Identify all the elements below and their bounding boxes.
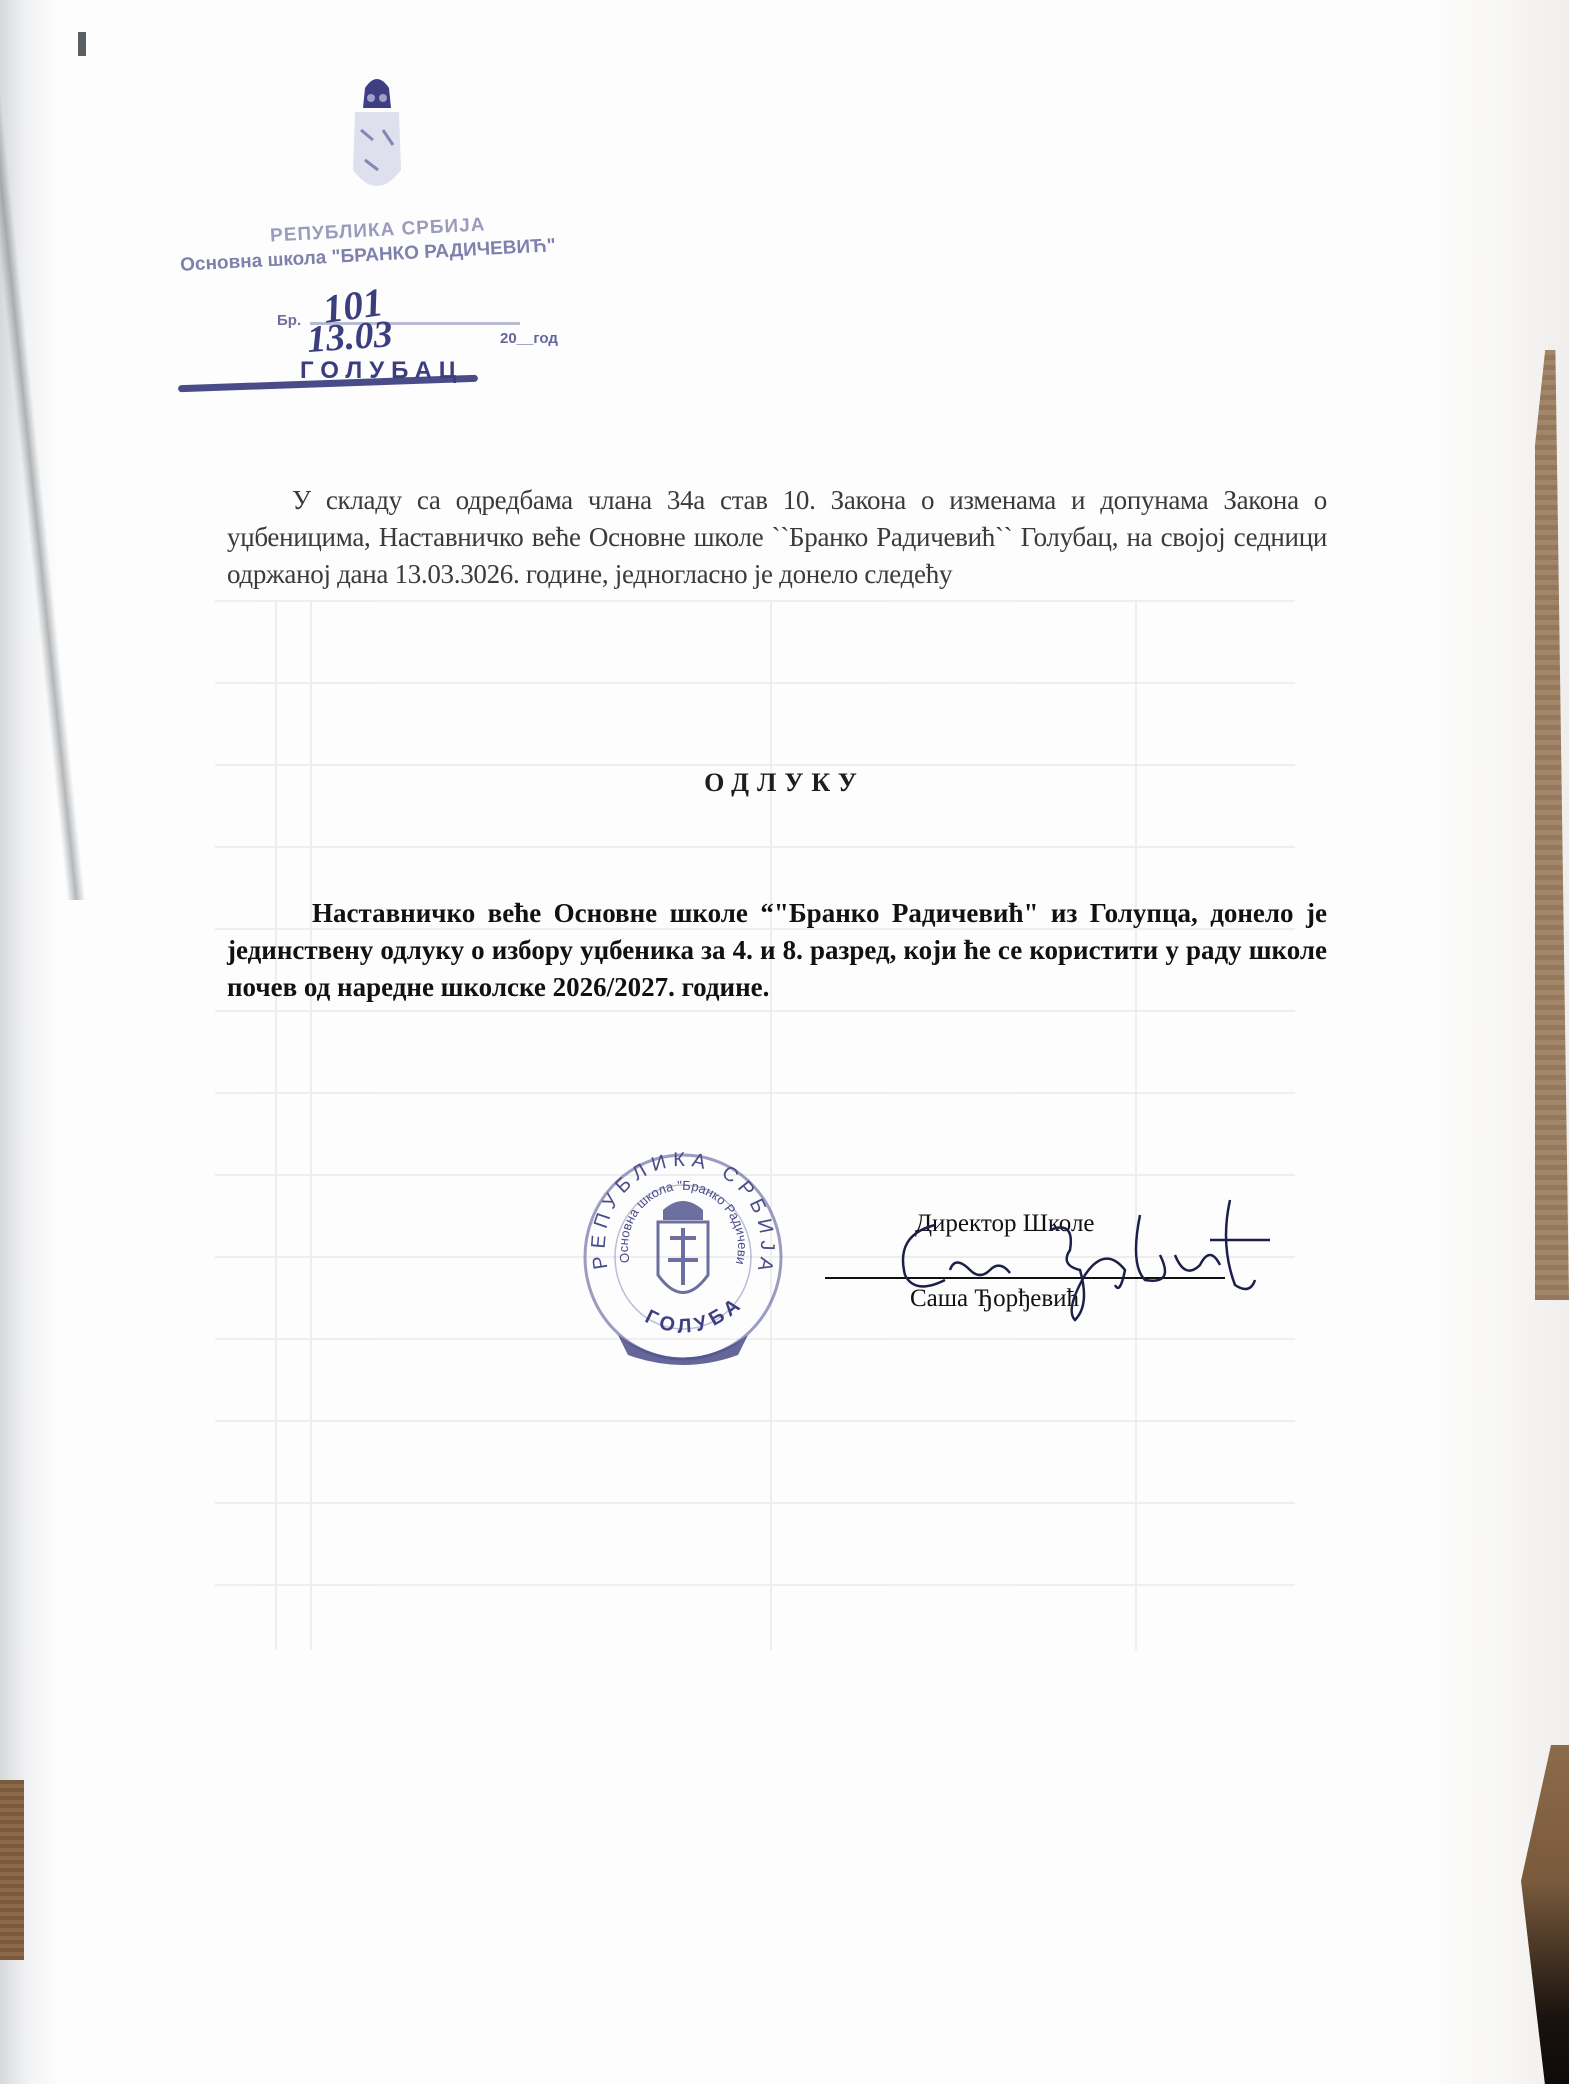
seal-coat-of-arms [658,1201,708,1293]
document-title: ОДЛУКУ [0,768,1569,798]
coat-of-arms-icon [343,70,411,205]
stamp-year-suffix: 20__год [500,330,558,347]
desk-surface-left [0,1780,24,1960]
intro-paragraph: У складу са одредбама члана 34а став 10.… [227,482,1327,593]
registry-date: 13.03 [306,312,394,362]
decision-paragraph: Наставничко веће Основне школе “"Бранко … [227,895,1327,1006]
school-seal-icon: РЕПУБЛИКА СРБИЈА Основна школа "Бранко Р… [578,1150,788,1365]
stamp-number-label: Бр. [277,312,301,329]
page-edge-mark [78,32,86,56]
stamp-city-text: ГОЛУБАЦ [300,357,463,385]
signature-block: Директор Школе Саша Ђорђевић [825,1205,1225,1325]
handwritten-signature-icon [875,1185,1275,1325]
bleed-through-table [215,600,1295,1650]
header-registry-stamp: РЕПУБЛИКА СРБИЈА Основна школа "БРАНКО Р… [175,60,595,400]
